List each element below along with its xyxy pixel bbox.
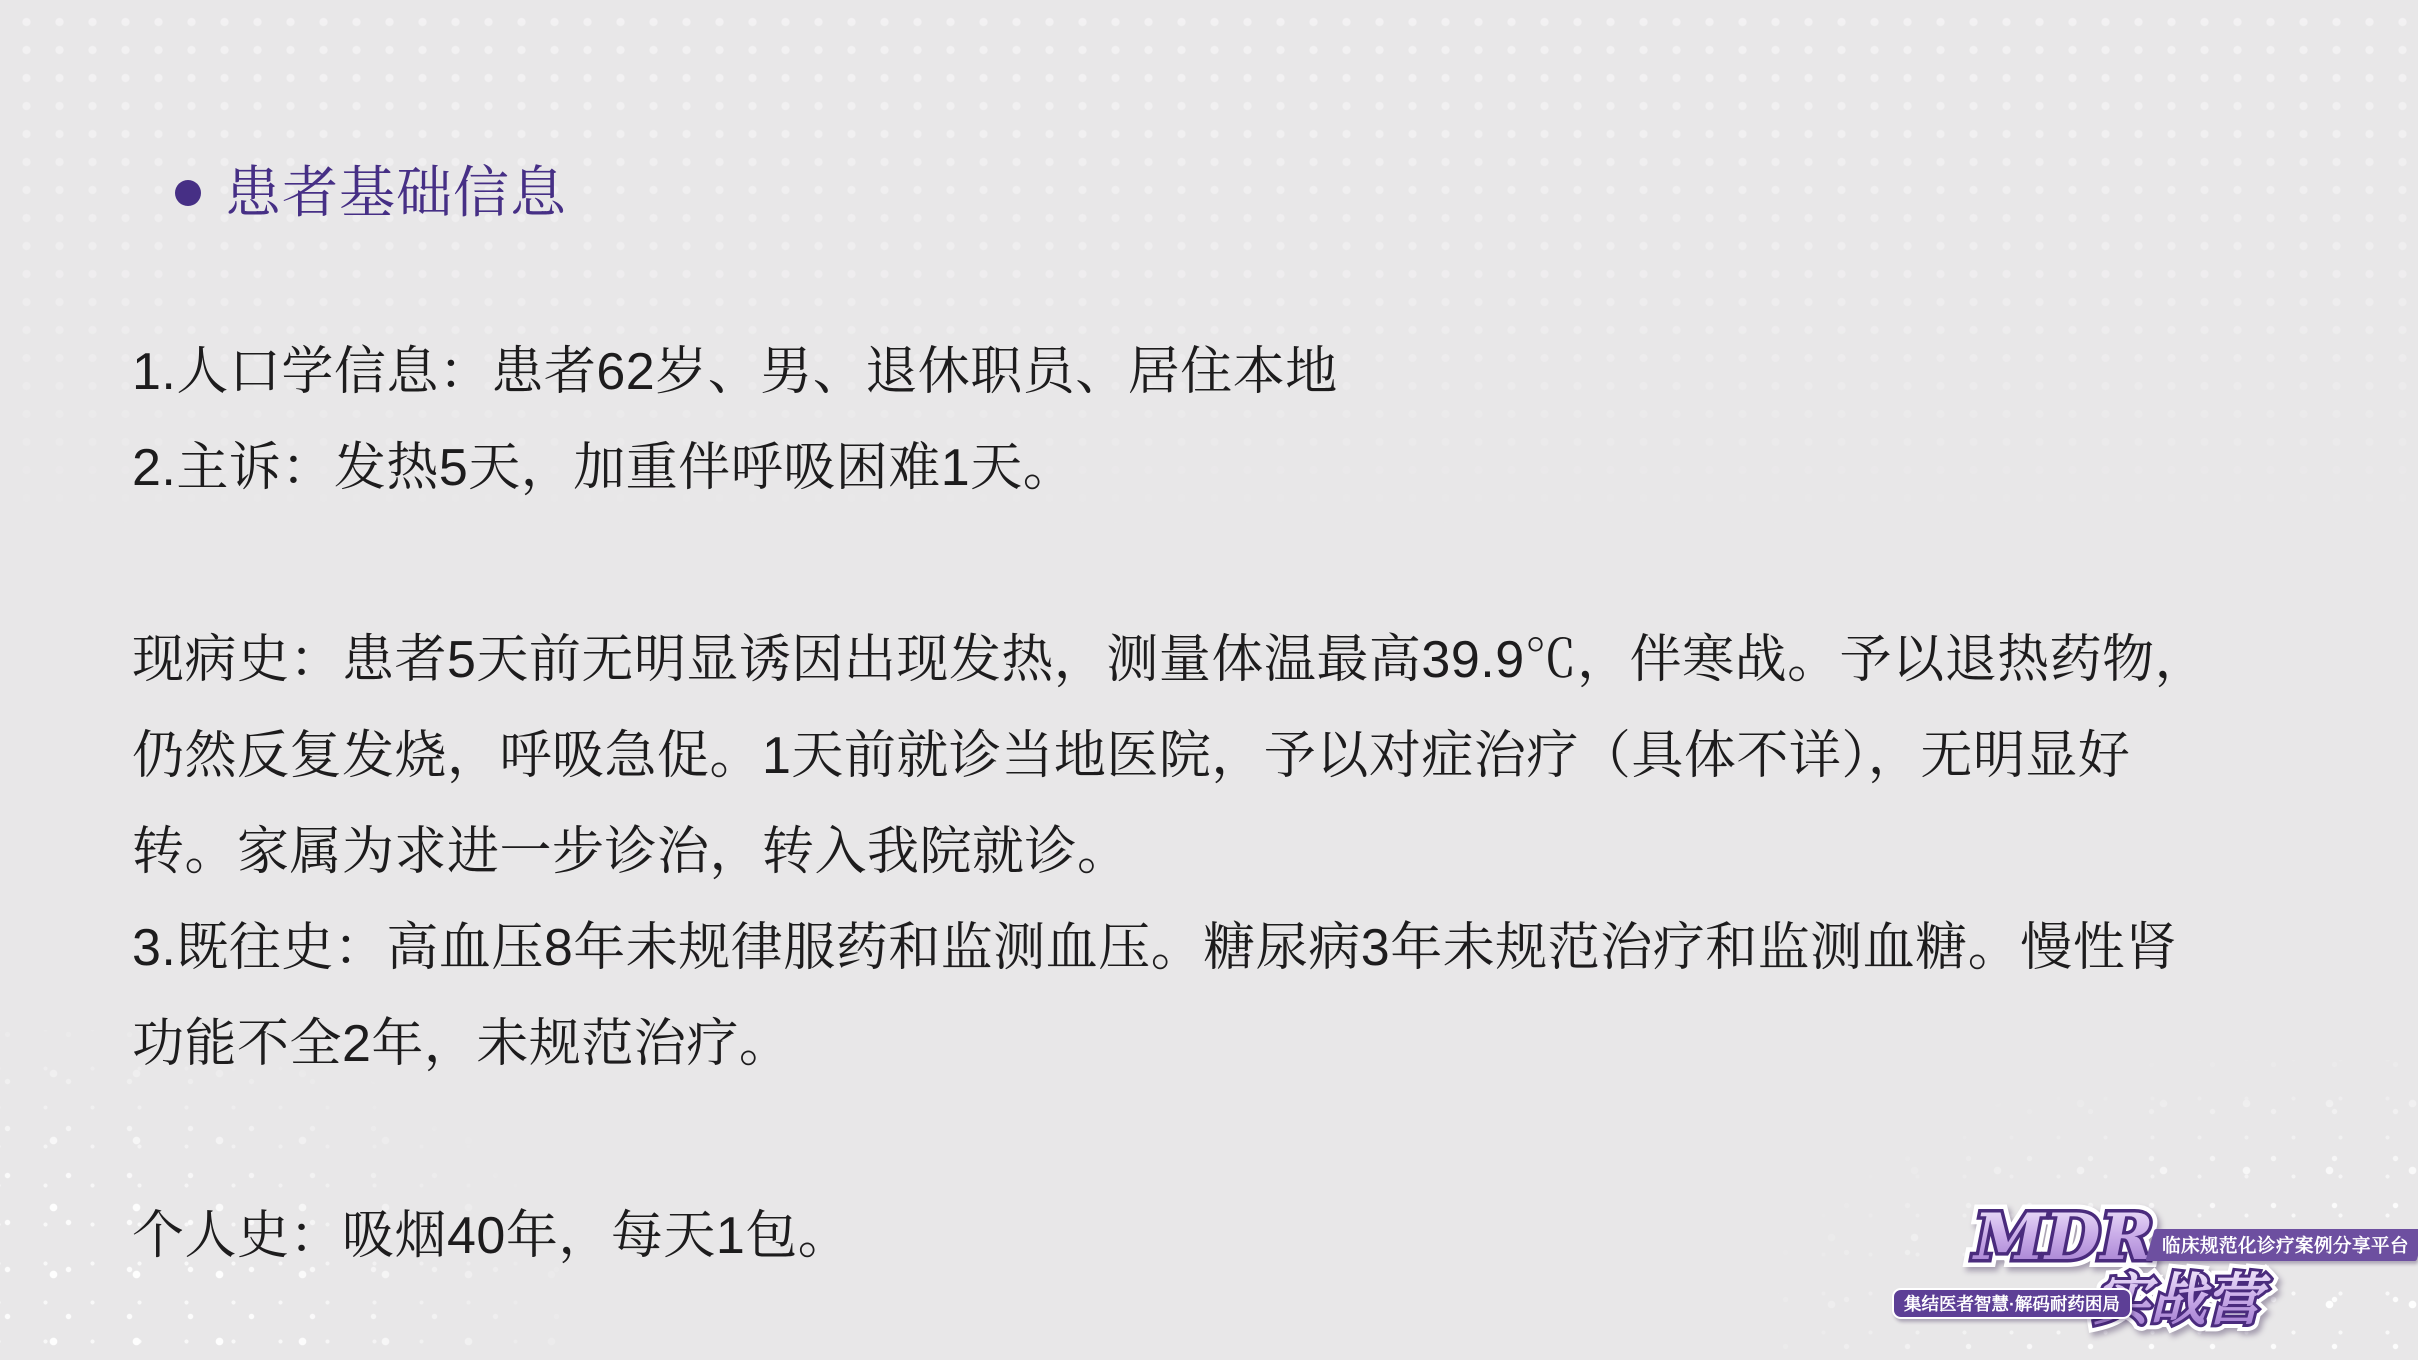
case-text-line: 1.人口学信息：患者62岁、男、退休职员、居住本地 — [132, 324, 2372, 420]
ribbon-label: 临床规范化诊疗案例分享平台 — [2162, 1232, 2409, 1258]
case-text-line: 现病史：患者5天前无明显诱因出现发热，测量体温最高39.9℃，伴寒战。予以退热药… — [132, 612, 2372, 708]
logo-ribbon: 临床规范化诊疗案例分享平台 — [2145, 1229, 2418, 1261]
case-text-line: 转。家属为求进一步诊治，转入我院就诊。 — [132, 804, 2372, 900]
case-text-line: 仍然反复发烧，呼吸急促。1天前就诊当地医院，予以对症治疗（具体不详），无明显好 — [132, 708, 2372, 804]
slide: 患者基础信息 1.人口学信息：患者62岁、男、退休职员、居住本地 2.主诉：发热… — [0, 0, 2418, 1360]
mdr-brand-text: MDR — [1972, 1200, 2154, 1275]
case-text-line — [132, 516, 2372, 612]
logo-badge: 集结医者智慧·解码耐药困局 — [1892, 1288, 2132, 1319]
mdr-logo: MDR MDR 临床规范化诊疗案例分享平台 实战营 实战营 集结医者智慧·解码耐… — [1878, 1185, 2418, 1355]
section-title: 患者基础信息 — [225, 158, 567, 228]
case-text-block: 1.人口学信息：患者62岁、男、退休职员、居住本地 2.主诉：发热5天，加重伴呼… — [132, 324, 2372, 1284]
case-text-line: 3.既往史：高血压8年未规律服药和监测血压。糖尿病3年未规范治疗和监测血糖。慢性… — [132, 900, 2372, 996]
badge-label: 集结医者智慧·解码耐药困局 — [1904, 1291, 2120, 1316]
case-text-line: 功能不全2年，未规范治疗。 — [132, 996, 2372, 1092]
case-text-line — [132, 1092, 2372, 1188]
section-header: 患者基础信息 — [175, 158, 567, 228]
section-bullet-icon — [175, 180, 201, 206]
case-text-line: 2.主诉：发热5天，加重伴呼吸困难1天。 — [132, 420, 2372, 516]
